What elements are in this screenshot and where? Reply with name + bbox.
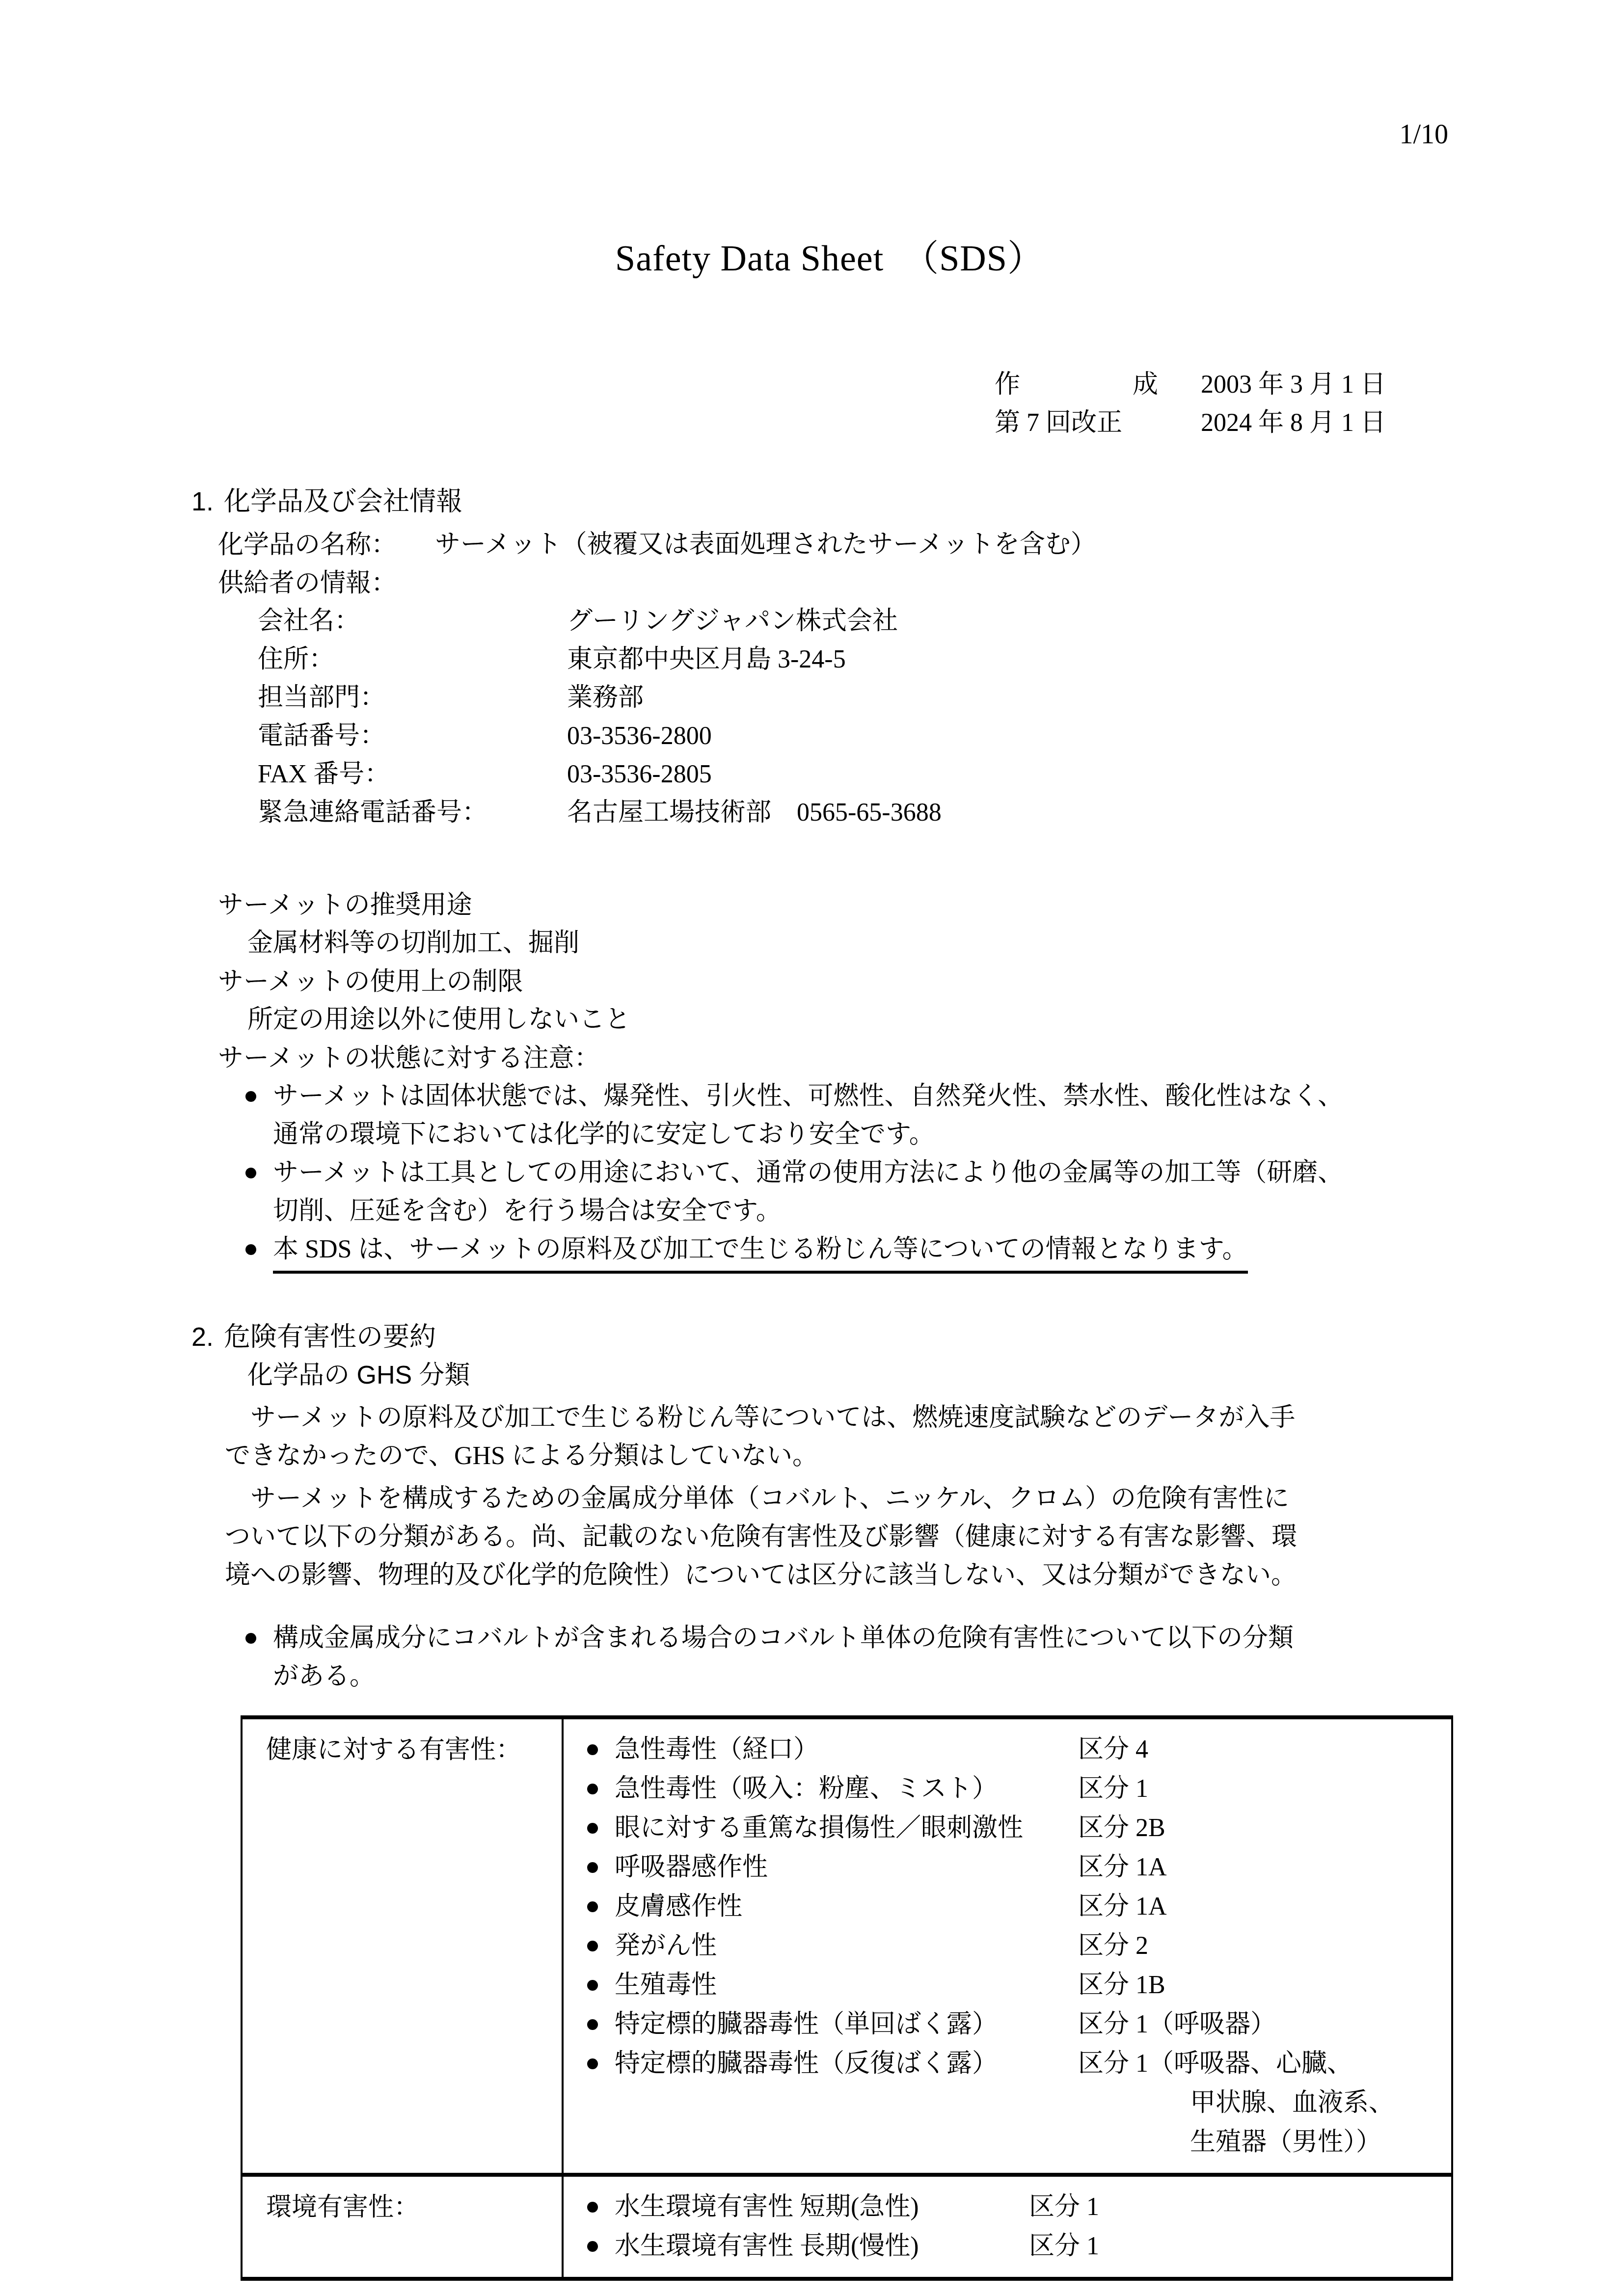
table-row: 急性毒性（経口） 区分 4: [587, 1730, 1446, 1769]
supplier-row-address: 住所： 東京都中央区月島 3‐24‐5: [258, 641, 1468, 679]
ghs-paragraph-2: サーメットを構成するための金属成分単体（コバルト、ニッケル、クロム）の危険有害性…: [225, 1480, 1469, 1595]
hazard-item-text: 水生環境有害性 長期(慢性): [615, 2227, 1029, 2266]
hazard-item-category: 区分 1（呼吸器）: [1078, 2005, 1446, 2044]
bullet-marker-icon: [587, 1941, 598, 1951]
environment-hazard-label: 環境有害性：: [243, 2177, 562, 2277]
use-restriction-heading: サーメットの使用上の制限: [218, 962, 1468, 1001]
bullet-marker-icon: [587, 2202, 598, 2213]
table-row: 水生環境有害性 長期(慢性) 区分 1: [587, 2227, 1446, 2266]
supplier-row-department: 担当部門： 業務部: [258, 679, 1468, 717]
doc-title: Safety Data Sheet （SDS）: [191, 231, 1468, 286]
bullet-marker-icon: [587, 2019, 598, 2030]
bullet-marker-icon: [587, 1823, 598, 1834]
revised-date: 2024 年 8 月 1 日: [1201, 404, 1386, 442]
ghs-classification-table: 健康に対する有害性： 急性毒性（経口） 区分 4 急性毒性（吸入：粉塵、ミスト）…: [241, 1715, 1453, 2281]
caution-bullet-1-line2: 通常の環境下においては化学的に安定しており安全です。: [273, 1121, 935, 1148]
company-name-value: グーリングジャパン株式会社: [567, 602, 898, 641]
hazard-item-category: 区分 1: [1029, 2227, 1446, 2266]
fax-label: FAX 番号：: [258, 755, 567, 794]
bullet-marker-icon: [587, 1744, 598, 1755]
sds-document-page: 1/10 Safety Data Sheet （SDS） 作成 2003 年 3…: [0, 0, 1623, 2296]
table-row: 特定標的臓器毒性（単回ばく露） 区分 1（呼吸器）: [587, 2005, 1446, 2044]
fax-value: 03-3536-2805: [567, 755, 712, 794]
supplier-info-block: 会社名： グーリングジャパン株式会社 住所： 東京都中央区月島 3‐24‐5 担…: [258, 602, 1468, 832]
hazard-item-category: 区分 1: [1029, 2188, 1446, 2227]
ghs-classification-heading: 化学品の GHS 分類: [247, 1356, 1468, 1394]
table-row: 水生環境有害性 短期(急性) 区分 1: [587, 2188, 1446, 2227]
created-label: 作成: [995, 366, 1158, 404]
use-restriction-value: 所定の用途以外に使用しないこと: [247, 1001, 1468, 1039]
department-label: 担当部門：: [258, 679, 567, 717]
product-name-label: 化学品の名称：: [218, 526, 397, 564]
hazard-item-text: 特定標的臓器毒性（単回ばく露）: [615, 2005, 1078, 2044]
created-date: 2003 年 3 月 1 日: [1201, 366, 1386, 404]
product-name-value: サーメット（被覆又は表面処理されたサーメットを含む）: [435, 526, 1096, 564]
section1-number: 1.: [191, 482, 224, 521]
hazard-item-text: 皮膚感作性: [615, 1887, 1078, 1926]
address-value: 東京都中央区月島 3‐24‐5: [567, 641, 846, 679]
hazard-item-text: 急性毒性（吸入：粉塵、ミスト）: [615, 1769, 1078, 1809]
cobalt-bullet: 構成金属成分にコバルトが含まれる場合のコバルト単体の危険有害性について以下の分類…: [245, 1619, 1468, 1696]
phone-value: 03-3536-2800: [567, 717, 712, 755]
emergency-phone-value: 名古屋工場技術部 0565-65-3688: [567, 794, 942, 832]
bullet-marker-icon: [245, 1091, 256, 1102]
bullet-marker-icon: [245, 1168, 256, 1178]
table-row: 呼吸器感作性 区分 1A: [587, 1848, 1446, 1887]
bullet-marker-icon: [245, 1244, 256, 1255]
hazard-item-category: 区分 2B: [1078, 1809, 1446, 1848]
created-date-row: 作成 2003 年 3 月 1 日: [995, 366, 1386, 404]
caution-bullet-3: 本 SDS は、サーメットの原料及び加工で生じる粉じん等についての情報となります…: [245, 1230, 1468, 1274]
table-row: 眼に対する重篤な損傷性／眼刺激性 区分 2B: [587, 1809, 1446, 1848]
department-value: 業務部: [567, 679, 644, 717]
hazard-item-text: 呼吸器感作性: [615, 1848, 1078, 1887]
table-row: 生殖毒性 区分 1B: [587, 1966, 1446, 2005]
caution-bullet-1-line1: サーメットは固体状態では、爆発性、引火性、可燃性、自然発火性、禁水性、酸化性はな…: [273, 1082, 1343, 1110]
caution-bullet-2-line2: 切削、圧延を含む）を行う場合は安全です。: [273, 1197, 782, 1225]
cobalt-bullet-list: 構成金属成分にコバルトが含まれる場合のコバルト単体の危険有害性について以下の分類…: [245, 1619, 1468, 1696]
recommended-use-heading: サーメットの推奨用途: [218, 886, 1468, 924]
page-number: 1/10: [191, 115, 1448, 154]
supplier-info-label: 供給者の情報：: [218, 564, 1468, 602]
company-name-label: 会社名：: [258, 602, 567, 641]
supplier-row-phone: 電話番号： 03-3536-2800: [258, 717, 1468, 755]
ghs-paragraph-1: サーメットの原料及び加工で生じる粉じん等については、燃焼速度試験などのデータが入…: [225, 1399, 1469, 1475]
health-hazard-label: 健康に対する有害性：: [243, 1719, 562, 2173]
bullet-marker-icon: [587, 2058, 598, 2069]
section1-heading: 1. 化学品及び会社情報: [191, 482, 1468, 521]
bullet-marker-icon: [587, 1784, 598, 1794]
product-name-row: 化学品の名称： サーメット（被覆又は表面処理されたサーメットを含む）: [218, 526, 1468, 564]
cobalt-bullet-line2: がある。: [273, 1662, 375, 1690]
caution-bullet-3-line1: 本 SDS は、サーメットの原料及び加工で生じる粉じん等についての情報となります…: [273, 1230, 1248, 1274]
bullet-marker-icon: [587, 1901, 598, 1912]
table-row: 皮膚感作性 区分 1A: [587, 1887, 1446, 1926]
ghs-paragraph-2-line3: 境への影響、物理的及び化学的危険性）については区分に該当しない、又は分類ができな…: [225, 1561, 1297, 1589]
hazard-item-text: 特定標的臓器毒性（反復ばく露）: [615, 2044, 1078, 2162]
table-row: 発がん性 区分 2: [587, 1926, 1446, 1966]
phone-label: 電話番号：: [258, 717, 567, 755]
environment-hazard-row: 環境有害性： 水生環境有害性 短期(急性) 区分 1 水生環境有害性 長期(慢性…: [243, 2173, 1451, 2277]
bullet-marker-icon: [587, 1980, 598, 1991]
revision-dates: 作成 2003 年 3 月 1 日 第 7 回改正 2024 年 8 月 1 日: [995, 366, 1386, 442]
hazard-item-category: 区分 4: [1078, 1730, 1446, 1769]
hazard-item-category: 区分 2: [1078, 1926, 1446, 1966]
hazard-item-text: 水生環境有害性 短期(急性): [615, 2188, 1029, 2227]
caution-bullet-2-line1: サーメットは工具としての用途において、通常の使用方法により他の金属等の加工等（研…: [273, 1159, 1343, 1187]
revised-label: 第 7 回改正: [995, 404, 1158, 442]
section2-heading: 2. 危険有害性の要約: [191, 1318, 1468, 1356]
revised-date-row: 第 7 回改正 2024 年 8 月 1 日: [995, 404, 1386, 442]
hazard-item-category: 区分 1A: [1078, 1848, 1446, 1887]
table-row: 特定標的臓器毒性（反復ばく露） 区分 1（呼吸器、心臓、 甲状腺、血液系、 生殖…: [587, 2044, 1446, 2162]
bullet-marker-icon: [587, 1862, 598, 1873]
section1-title: 化学品及び会社情報: [224, 482, 462, 521]
hazard-item-text: 眼に対する重篤な損傷性／眼刺激性: [615, 1809, 1078, 1848]
caution-bullet-1: サーメットは固体状態では、爆発性、引火性、可燃性、自然発火性、禁水性、酸化性はな…: [245, 1077, 1468, 1154]
recommended-use-value: 金属材料等の切削加工、掘削: [247, 924, 1468, 962]
supplier-row-company: 会社名： グーリングジャパン株式会社: [258, 602, 1468, 641]
address-label: 住所：: [258, 641, 567, 679]
health-hazard-row: 健康に対する有害性： 急性毒性（経口） 区分 4 急性毒性（吸入：粉塵、ミスト）…: [243, 1719, 1451, 2173]
supplier-row-fax: FAX 番号： 03-3536-2805: [258, 755, 1468, 794]
section2-number: 2.: [191, 1318, 224, 1356]
bullet-marker-icon: [245, 1633, 256, 1644]
hazard-item-text: 急性毒性（経口）: [615, 1730, 1078, 1769]
condition-caution-heading: サーメットの状態に対する注意：: [218, 1039, 1468, 1077]
ghs-paragraph-1-line2: できなかったので、GHS による分類はしていない。: [225, 1442, 818, 1470]
hazard-item-text: 生殖毒性: [615, 1966, 1078, 2005]
ghs-paragraph-2-line2: ついて以下の分類がある。尚、記載のない危険有害性及び影響（健康に対する有害な影響…: [225, 1523, 1297, 1551]
hazard-item-category: 区分 1（呼吸器、心臓、 甲状腺、血液系、 生殖器（男性））: [1078, 2044, 1446, 2162]
hazard-item-category: 区分 1A: [1078, 1887, 1446, 1926]
caution-bullet-2: サーメットは工具としての用途において、通常の使用方法により他の金属等の加工等（研…: [245, 1154, 1468, 1230]
hazard-item-category: 区分 1: [1078, 1769, 1446, 1809]
table-row: 急性毒性（吸入：粉塵、ミスト） 区分 1: [587, 1769, 1446, 1809]
bullet-marker-icon: [587, 2241, 598, 2252]
hazard-item-category: 区分 1B: [1078, 1966, 1446, 2005]
ghs-paragraph-2-line1: サーメットを構成するための金属成分単体（コバルト、ニッケル、クロム）の危険有害性…: [225, 1485, 1289, 1513]
supplier-row-emergency: 緊急連絡電話番号： 名古屋工場技術部 0565-65-3688: [258, 794, 1468, 832]
ghs-paragraph-1-line1: サーメットの原料及び加工で生じる粉じん等については、燃焼速度試験などのデータが入…: [225, 1404, 1295, 1432]
cobalt-bullet-line1: 構成金属成分にコバルトが含まれる場合のコバルト単体の危険有害性について以下の分類: [273, 1624, 1294, 1652]
caution-bullet-list: サーメットは固体状態では、爆発性、引火性、可燃性、自然発火性、禁水性、酸化性はな…: [245, 1077, 1468, 1274]
emergency-phone-label: 緊急連絡電話番号：: [258, 794, 567, 832]
hazard-item-text: 発がん性: [615, 1926, 1078, 1966]
section2-title: 危険有害性の要約: [224, 1318, 436, 1356]
